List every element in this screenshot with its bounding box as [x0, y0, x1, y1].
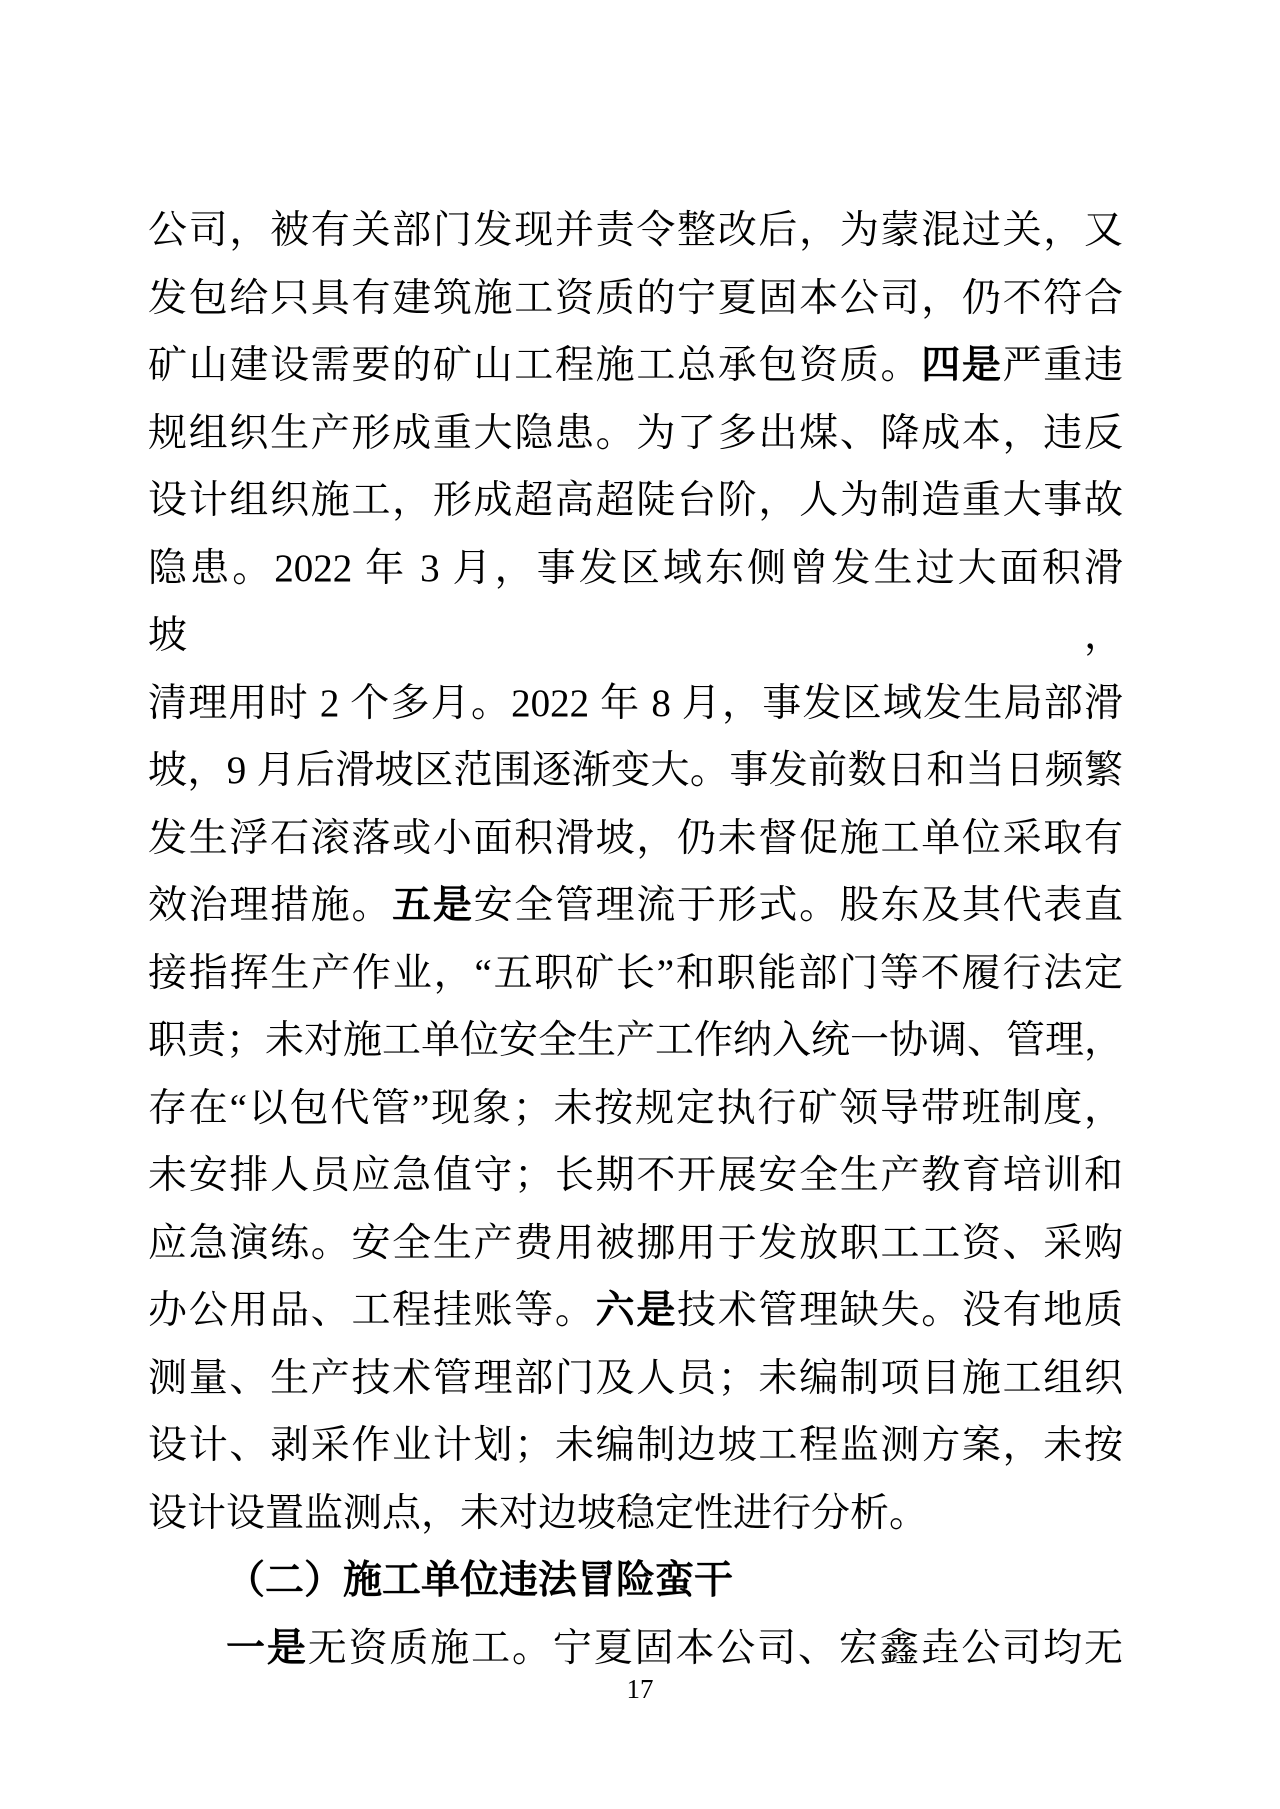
body-text: 安全管理流于形式。股东及其代表直 — [474, 884, 1123, 927]
body-text: 存在“以包代管”现象；未按规定执行矿领导带班制度， — [148, 1087, 1123, 1130]
body-text: 技术管理缺失。没有地质 — [677, 1289, 1123, 1332]
body-text: 办公用品、工程挂账等。 — [148, 1289, 596, 1332]
body-text: 设计设置监测点，未对边坡稳定性进行分析。 — [148, 1492, 928, 1535]
text-line: 未安排人员应急值守；长期不开展安全生产教育培训和 — [148, 1142, 1123, 1210]
body-text: 清理用时 2 个多月。2022 年 8 月，事发区域发生局部滑 — [148, 682, 1123, 725]
text-line: 隐患。2022 年 3 月，事发区域东侧曾发生过大面积滑坡， — [148, 535, 1123, 670]
text-line: 存在“以包代管”现象；未按规定执行矿领导带班制度， — [148, 1075, 1123, 1143]
body-text: 应急演练。安全生产费用被挪用于发放职工工资、采购 — [148, 1222, 1123, 1265]
body-text: 矿山建设需要的矿山工程施工总承包资质。 — [148, 344, 921, 387]
text-line: 应急演练。安全生产费用被挪用于发放职工工资、采购 — [148, 1210, 1123, 1278]
text-line: 设计设置监测点，未对边坡稳定性进行分析。 — [148, 1480, 1123, 1548]
body-text: 设计、剥采作业计划；未编制边坡工程监测方案，未按 — [148, 1424, 1123, 1467]
text-line: 设计、剥采作业计划；未编制边坡工程监测方案，未按 — [148, 1412, 1123, 1480]
emphasis-text: 一是 — [226, 1627, 308, 1670]
document-body: 公司，被有关部门发现并责令整改后，为蒙混过关，又发包给只具有建筑施工资质的宁夏固… — [148, 197, 1123, 1682]
text-line: 公司，被有关部门发现并责令整改后，为蒙混过关，又 — [148, 197, 1123, 265]
text-line: 清理用时 2 个多月。2022 年 8 月，事发区域发生局部滑 — [148, 670, 1123, 738]
document-page: 公司，被有关部门发现并责令整改后，为蒙混过关，又发包给只具有建筑施工资质的宁夏固… — [0, 0, 1280, 1809]
body-text: 规组织生产形成重大隐患。为了多出煤、降成本，违反 — [148, 412, 1123, 455]
text-line: 职责；未对施工单位安全生产工作纳入统一协调、管理， — [148, 1007, 1123, 1075]
emphasis-text: 四是 — [921, 344, 1002, 387]
body-text: 未安排人员应急值守；长期不开展安全生产教育培训和 — [148, 1154, 1123, 1197]
emphasis-text: （二）施工单位违法冒险蛮干 — [226, 1559, 733, 1602]
text-line: 坡，9 月后滑坡区范围逐渐变大。事发前数日和当日频繁 — [148, 737, 1123, 805]
text-line: 效治理措施。五是安全管理流于形式。股东及其代表直 — [148, 872, 1123, 940]
body-text: 设计组织施工，形成超高超陡台阶，人为制造重大事故 — [148, 479, 1123, 522]
text-line: 矿山建设需要的矿山工程施工总承包资质。四是严重违 — [148, 332, 1123, 400]
text-line: 办公用品、工程挂账等。六是技术管理缺失。没有地质 — [148, 1277, 1123, 1345]
text-line: 发包给只具有建筑施工资质的宁夏固本公司，仍不符合 — [148, 265, 1123, 333]
body-text: 接指挥生产作业，“五职矿长”和职能部门等不履行法定 — [148, 952, 1123, 995]
page-number: 17 — [0, 1672, 1280, 1706]
emphasis-text: 五是 — [392, 884, 473, 927]
text-line: 规组织生产形成重大隐患。为了多出煤、降成本，违反 — [148, 400, 1123, 468]
body-text: 严重违 — [1003, 344, 1123, 387]
emphasis-text: 六是 — [596, 1289, 677, 1332]
text-line: 设计组织施工，形成超高超陡台阶，人为制造重大事故 — [148, 467, 1123, 535]
body-text: 测量、生产技术管理部门及人员；未编制项目施工组织 — [148, 1357, 1123, 1400]
text-line: 接指挥生产作业，“五职矿长”和职能部门等不履行法定 — [148, 940, 1123, 1008]
body-text: 效治理措施。 — [148, 884, 392, 927]
body-text: 发生浮石滚落或小面积滑坡，仍未督促施工单位采取有 — [148, 817, 1123, 860]
body-text: 无资质施工。宁夏固本公司、宏鑫垚公司均无 — [308, 1627, 1123, 1670]
body-text: 隐患。2022 年 3 月，事发区域东侧曾发生过大面积滑坡， — [148, 547, 1123, 658]
body-text: 发包给只具有建筑施工资质的宁夏固本公司，仍不符合 — [148, 277, 1123, 320]
body-text: 坡，9 月后滑坡区范围逐渐变大。事发前数日和当日频繁 — [148, 749, 1123, 792]
body-text: 公司，被有关部门发现并责令整改后，为蒙混过关，又 — [148, 209, 1123, 252]
body-text: 职责；未对施工单位安全生产工作纳入统一协调、管理， — [148, 1019, 1123, 1062]
text-line: 发生浮石滚落或小面积滑坡，仍未督促施工单位采取有 — [148, 805, 1123, 873]
text-line: 测量、生产技术管理部门及人员；未编制项目施工组织 — [148, 1345, 1123, 1413]
section-heading: （二）施工单位违法冒险蛮干 — [148, 1547, 1123, 1615]
